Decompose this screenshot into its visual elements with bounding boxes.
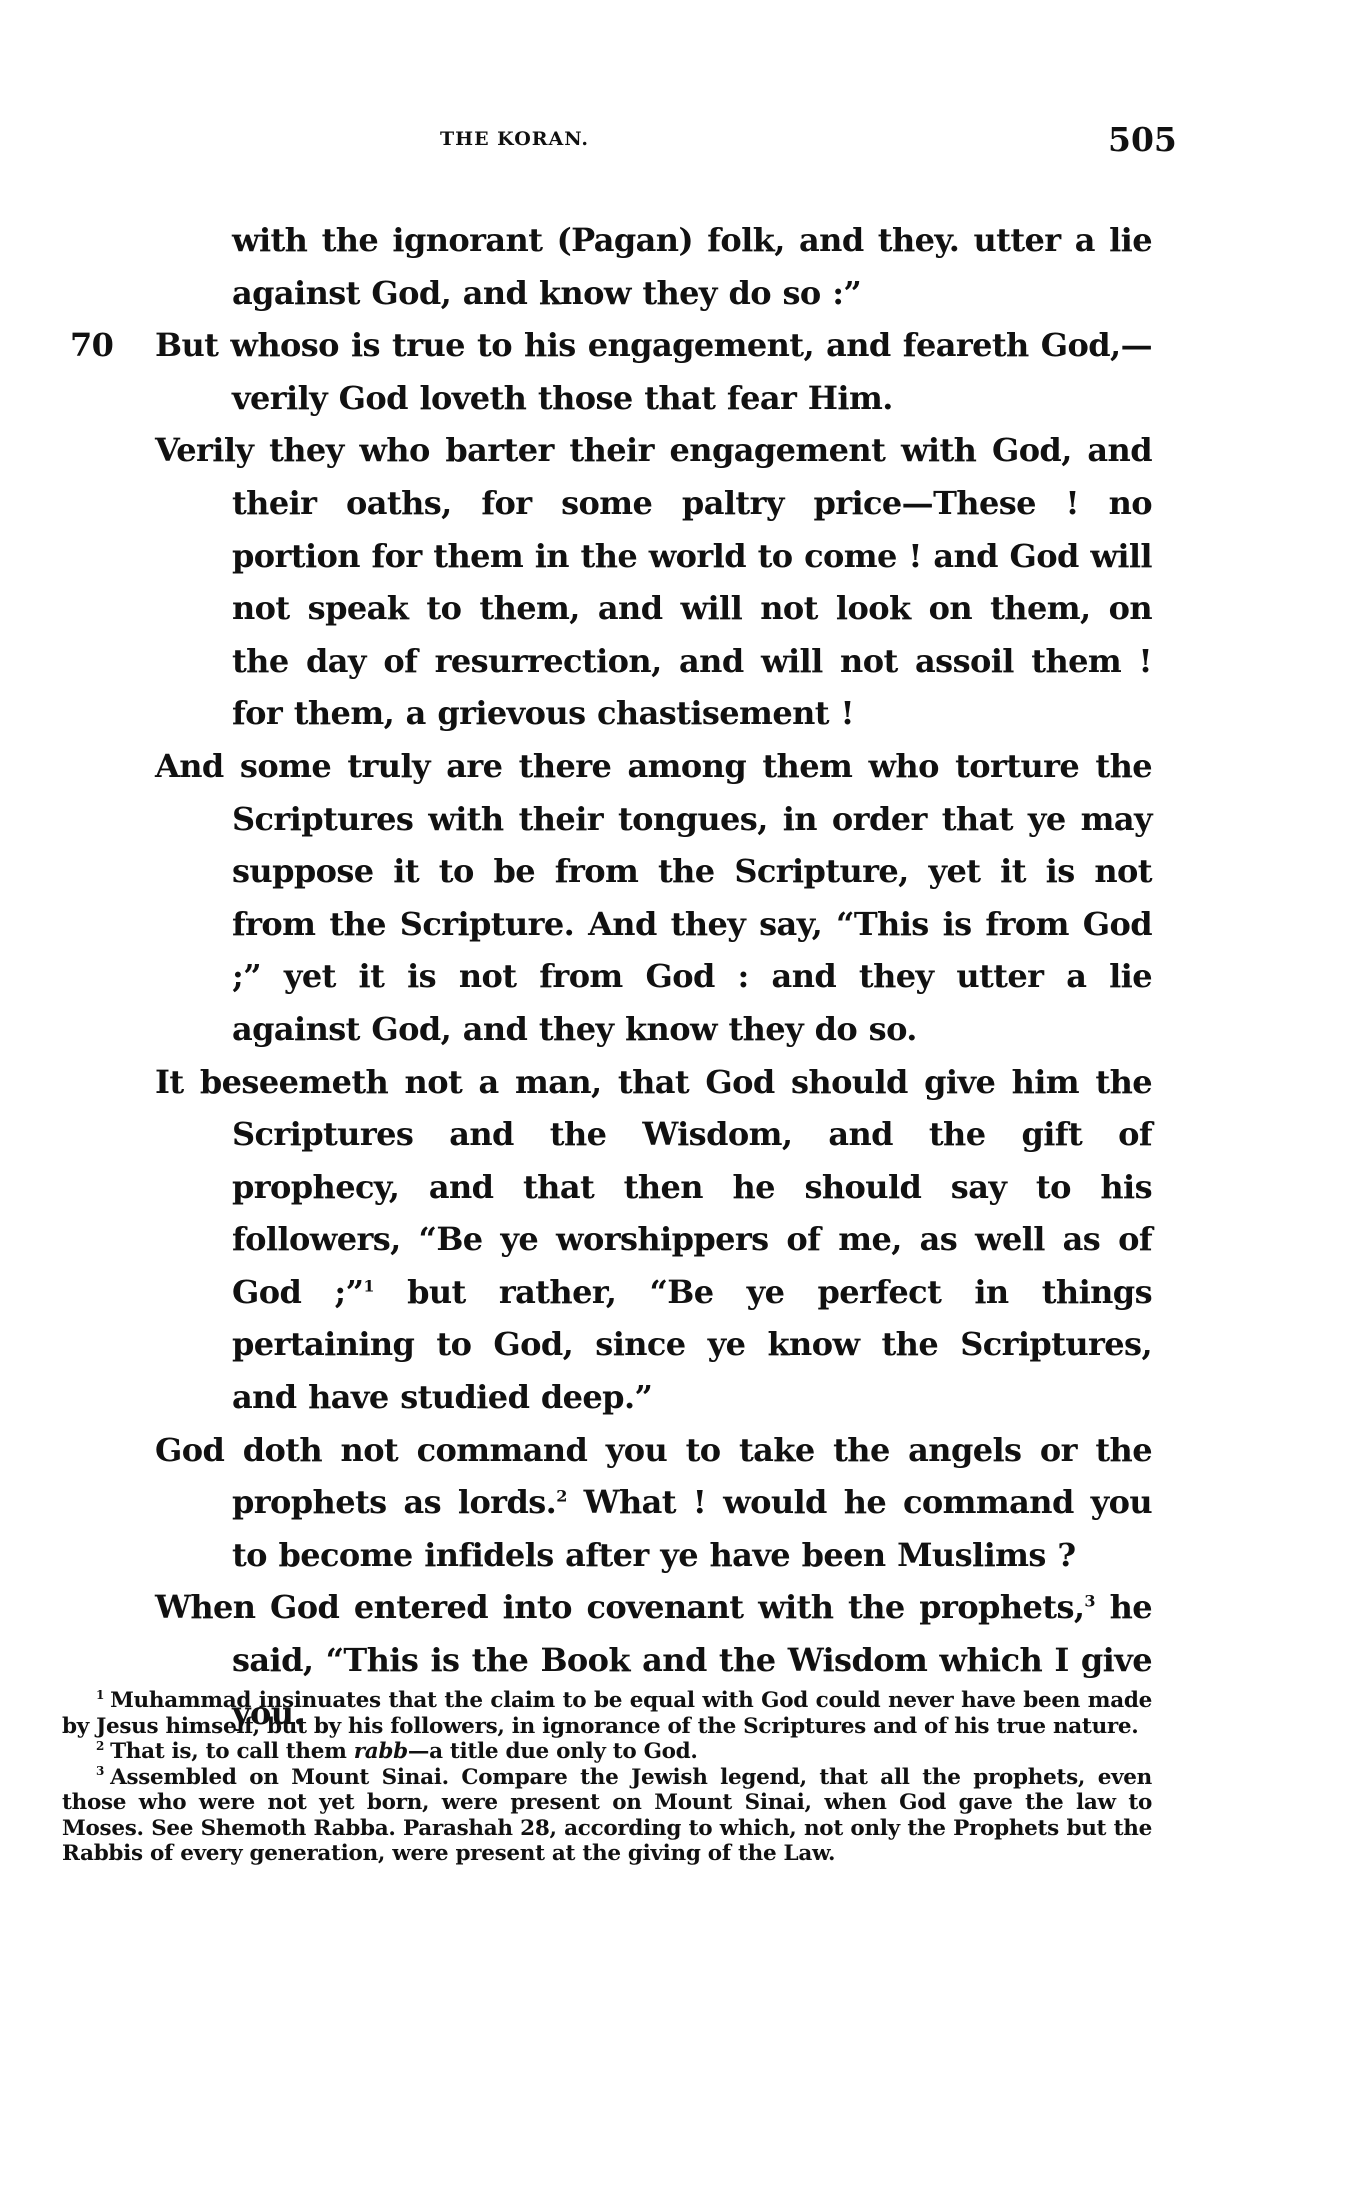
paragraph: Verily they who barter their engagement … (155, 424, 1152, 740)
paragraph-text: And some truly are there among them who … (155, 747, 1152, 1048)
verse-number: 70 (70, 319, 113, 372)
paragraph-continuation: with the ignorant (Pagan) folk, and they… (155, 214, 1152, 319)
paragraph-verse-70: 70But whoso is true to his engagement, a… (155, 319, 1152, 424)
footnote-reference-2[interactable]: 2 (556, 1487, 567, 1506)
paragraph: God doth not command you to take the ang… (155, 1424, 1152, 1582)
footnote-reference-3[interactable]: 3 (1084, 1592, 1095, 1611)
footnote-text: Muhammad insinuates that the claim to be… (62, 1688, 1152, 1739)
paragraph: And some truly are there among them who … (155, 740, 1152, 1056)
footnote-reference-1[interactable]: 1 (363, 1276, 374, 1295)
paragraph-text: But whoso is true to his engagement, and… (155, 326, 1152, 417)
paragraph-text: with the ignorant (Pagan) folk, and they… (232, 221, 1152, 312)
page-number: 505 (1108, 120, 1177, 159)
paragraph-text: Verily they who barter their engagement … (155, 431, 1152, 732)
book-page: THE KORAN. 505 with the ignorant (Pagan)… (0, 0, 1368, 2188)
footnote-mark: 2 (96, 1739, 104, 1753)
footnote-1: 1Muhammad insinuates that the claim to b… (62, 1688, 1152, 1739)
footnote-text: That is, to call them (110, 1739, 354, 1764)
footnote-mark: 1 (96, 1688, 104, 1702)
paragraph: It beseemeth not a man, that God should … (155, 1056, 1152, 1424)
footnote-3: 3Assembled on Mount Sinai. Compare the J… (62, 1765, 1152, 1867)
running-head: THE KORAN. 505 (0, 120, 1368, 160)
footnote-text: —a title due only to God. (408, 1739, 698, 1764)
footnote-text: Assembled on Mount Sinai. Compare the Je… (62, 1765, 1152, 1867)
footnote-italic-term: rabb (354, 1739, 408, 1764)
running-head-title: THE KORAN. (440, 128, 589, 150)
paragraph-text: When God entered into covenant with the … (155, 1588, 1084, 1626)
main-text: with the ignorant (Pagan) folk, and they… (155, 214, 1152, 1739)
footnote-mark: 3 (96, 1764, 104, 1778)
footnotes: 1Muhammad insinuates that the claim to b… (62, 1688, 1152, 1867)
footnote-2: 2That is, to call them rabb—a title due … (62, 1739, 1152, 1765)
